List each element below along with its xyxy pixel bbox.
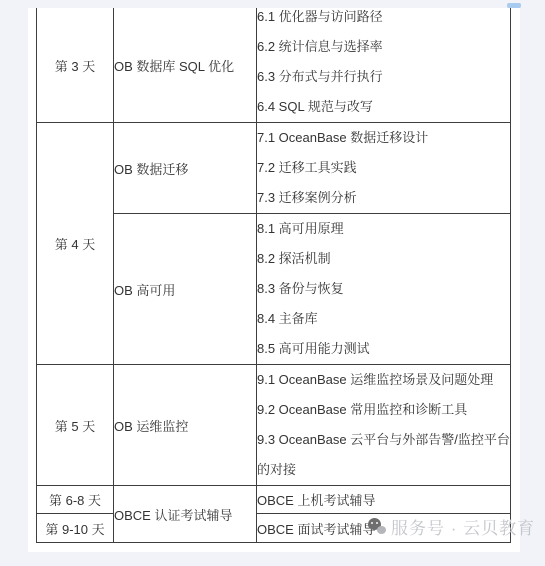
table-row: 第 5 天 OB 运维监控 9.1 OceanBase 运维监控场景及问题处理 … <box>37 365 511 486</box>
course-item: 8.2 探活机制 <box>257 244 510 274</box>
course-table: 第 3 天 OB 数据库 SQL 优化 6.1 优化器与访问路径 6.2 统计信… <box>36 8 511 543</box>
topic-label: OBCE 认证考试辅导 <box>114 508 232 523</box>
course-item: 6.4 SQL 规范与改写 <box>257 92 510 122</box>
wechat-bubbles-icon <box>368 517 387 536</box>
course-item: 7.3 迁移案例分析 <box>257 183 510 213</box>
scrollbar-thumb[interactable] <box>507 3 521 8</box>
topic-cell: OB 高可用 <box>114 214 257 365</box>
items-cell: 7.1 OceanBase 数据迁移设计 7.2 迁移工具实践 7.3 迁移案例… <box>257 123 511 214</box>
course-item: 6.3 分布式与并行执行 <box>257 62 510 92</box>
topic-label: OB 数据迁移 <box>114 162 188 177</box>
day-label: 第 9-10 天 <box>45 522 104 537</box>
topic-cell: OB 数据库 SQL 优化 <box>114 8 257 123</box>
course-item: 8.3 备份与恢复 <box>257 274 510 304</box>
day-label: 第 6-8 天 <box>49 493 101 508</box>
course-item: 9.1 OceanBase 运维监控场景及问题处理 <box>257 365 510 395</box>
topic-label: OB 高可用 <box>114 283 175 298</box>
day-cell: 第 9-10 天 <box>37 514 114 543</box>
course-item: 6.1 优化器与访问路径 <box>257 2 510 32</box>
watermark-label: 服务号 · 云贝教育 <box>391 514 535 539</box>
table-row: 第 6-8 天 OBCE 认证考试辅导 OBCE 上机考试辅导 <box>37 486 511 514</box>
course-table-wrap: 第 3 天 OB 数据库 SQL 优化 6.1 优化器与访问路径 6.2 统计信… <box>36 8 511 543</box>
page: 第 3 天 OB 数据库 SQL 优化 6.1 优化器与访问路径 6.2 统计信… <box>0 0 545 566</box>
topic-cell: OB 数据迁移 <box>114 123 257 214</box>
course-item: 9.3 OceanBase 云平台与外部告警/监控平台 <box>257 425 510 455</box>
items-cell: 9.1 OceanBase 运维监控场景及问题处理 9.2 OceanBase … <box>257 365 511 486</box>
day-label: 第 5 天 <box>55 419 95 434</box>
course-item: 7.1 OceanBase 数据迁移设计 <box>257 123 510 153</box>
course-item: 8.1 高可用原理 <box>257 214 510 244</box>
table-row: 第 3 天 OB 数据库 SQL 优化 6.1 优化器与访问路径 6.2 统计信… <box>37 8 511 123</box>
table-row: 第 4 天 OB 数据迁移 7.1 OceanBase 数据迁移设计 7.2 迁… <box>37 123 511 214</box>
topic-cell: OBCE 认证考试辅导 <box>114 486 257 543</box>
day-label: 第 3 天 <box>55 59 95 74</box>
course-item: OBCE 上机考试辅导 <box>257 493 375 508</box>
day-cell: 第 6-8 天 <box>37 486 114 514</box>
items-cell: OBCE 上机考试辅导 <box>257 486 511 514</box>
course-item: 8.4 主备库 <box>257 304 510 334</box>
day-cell: 第 3 天 <box>37 8 114 123</box>
topic-cell: OB 运维监控 <box>114 365 257 486</box>
course-item: 6.2 统计信息与选择率 <box>257 32 510 62</box>
day-cell: 第 4 天 <box>37 123 114 365</box>
day-cell: 第 5 天 <box>37 365 114 486</box>
course-item: 9.2 OceanBase 常用监控和诊断工具 <box>257 395 510 425</box>
course-item: 7.2 迁移工具实践 <box>257 153 510 183</box>
day-label: 第 4 天 <box>55 237 95 252</box>
watermark: 服务号 · 云贝教育 <box>368 514 535 538</box>
topic-label: OB 运维监控 <box>114 419 188 434</box>
course-item: OBCE 面试考试辅导 <box>257 522 375 537</box>
course-item: 8.5 高可用能力测试 <box>257 334 510 364</box>
items-cell: 6.1 优化器与访问路径 6.2 统计信息与选择率 6.3 分布式与并行执行 6… <box>257 8 511 123</box>
items-cell: 8.1 高可用原理 8.2 探活机制 8.3 备份与恢复 8.4 主备库 8.5… <box>257 214 511 365</box>
topic-label: OB 数据库 SQL 优化 <box>114 59 234 74</box>
course-item: 的对接 <box>257 455 510 485</box>
